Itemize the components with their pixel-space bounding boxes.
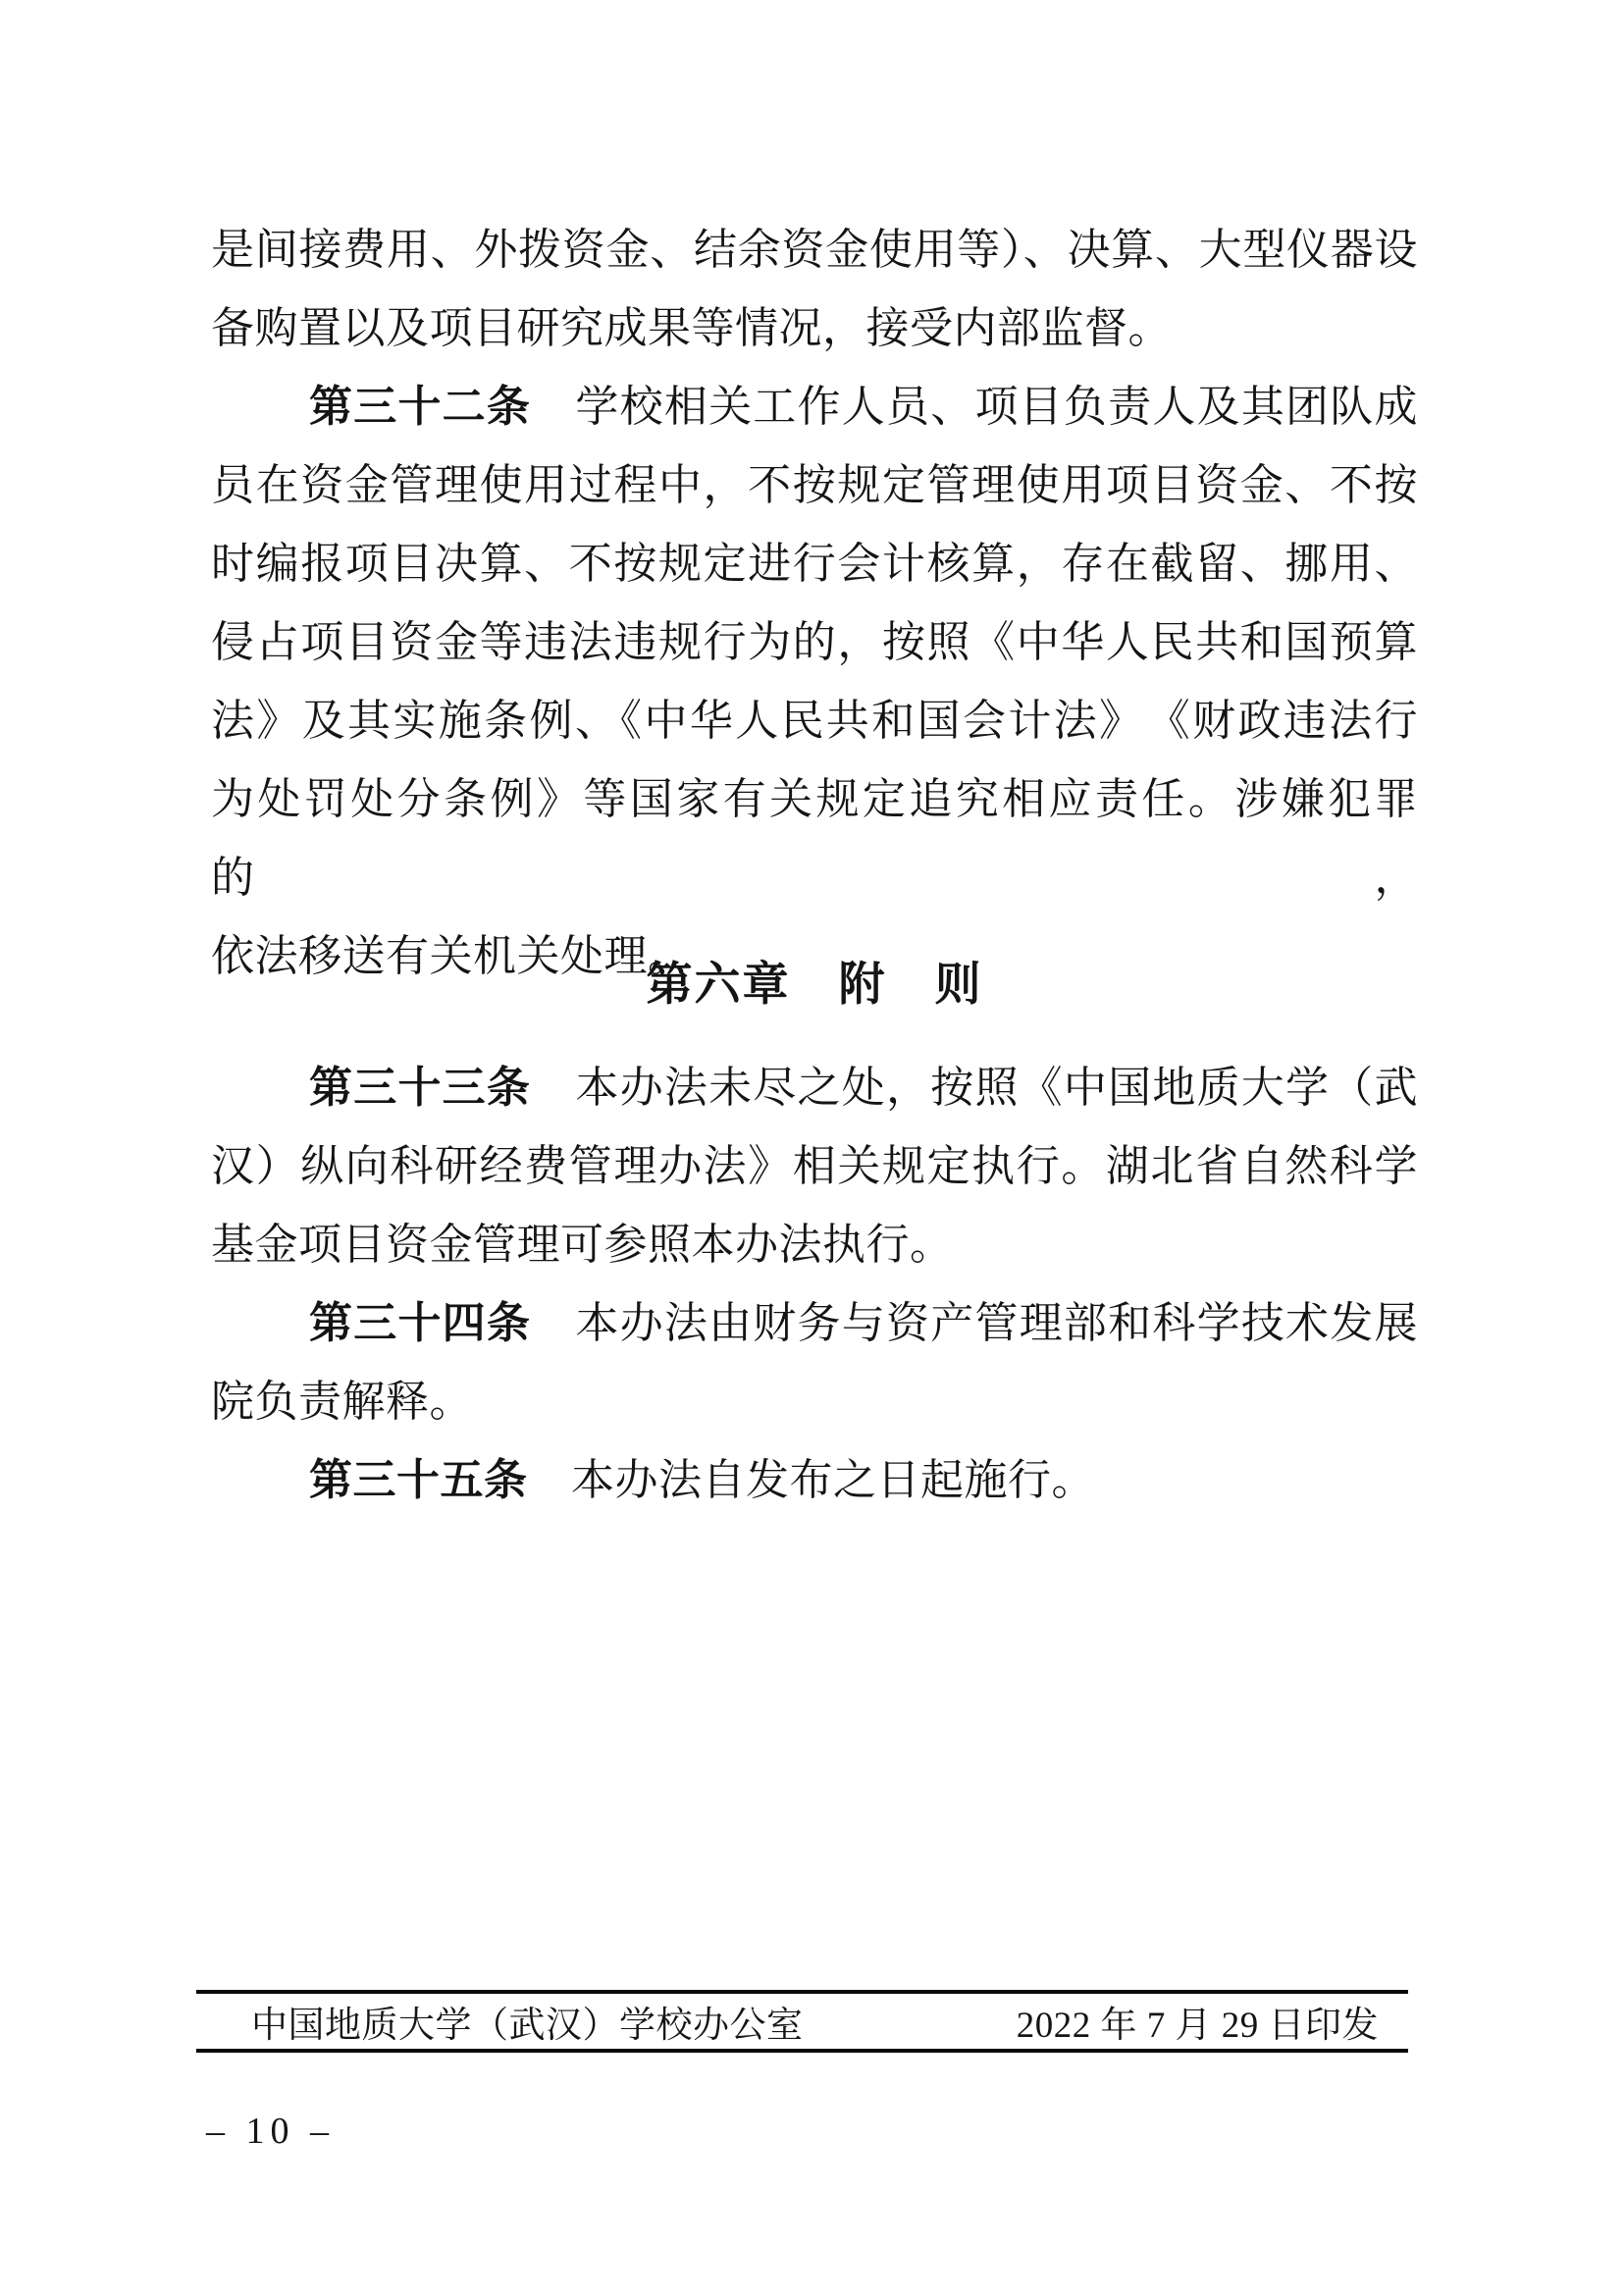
body-line: 时编报项目决算、不按规定进行会计核算，存在截留、挪用、 [211, 525, 1418, 603]
body-line: 备购置以及项目研究成果等情况，接受内部监督。 [211, 289, 1418, 368]
issuing-office: 中国地质大学（武汉）学校办公室 [251, 1995, 804, 2048]
page-number: – 10 – [206, 2110, 335, 2153]
body-line: 员在资金管理使用过程中，不按规定管理使用项目资金、不按 [211, 446, 1418, 525]
line-text: 汉）纵向科研经费管理办法》相关规定执行。湖北省自然科学 [211, 1142, 1418, 1190]
body-line: 第三十四条 本办法由财务与资产管理部和科学技术发展 [211, 1284, 1418, 1363]
line-text: 员在资金管理使用过程中，不按规定管理使用项目资金、不按 [211, 461, 1418, 509]
line-text: 为处罚处分条例》等国家有关规定追究相应责任。涉嫌犯罪的， [211, 775, 1418, 902]
document-page: 是间接费用、外拨资金、结余资金使用等）、决算、大型仪器设 备购置以及项目研究成果… [0, 0, 1624, 2296]
article-number-label: 第三十二条 [309, 383, 531, 431]
body-line: 基金项目资金管理可参照本办法执行。 [211, 1206, 1418, 1284]
body-line: 侵占项目资金等违法违规行为的，按照《中华人民共和国预算 [211, 603, 1418, 682]
line-text: 侵占项目资金等违法违规行为的，按照《中华人民共和国预算 [211, 618, 1418, 666]
article-number-label: 第三十三条 [309, 1064, 531, 1112]
line-text: 本办法自发布之日起施行。 [528, 1456, 1096, 1504]
body-line: 第三十二条 学校相关工作人员、项目负责人及其团队成 [211, 368, 1418, 446]
body-line: 法》及其实施条例、《中华人民共和国会计法》 《财政违法行 [211, 682, 1418, 760]
colophon-bar: 中国地质大学（武汉）学校办公室 2022 年 7 月 29 日印发 [196, 1990, 1408, 2053]
line-text: 本办法未尽之处，按照《中国地质大学（武 [531, 1064, 1418, 1112]
body-line: 为处罚处分条例》等国家有关规定追究相应责任。涉嫌犯罪的， [211, 760, 1418, 917]
chapter-heading: 第六章 附 则 [211, 945, 1418, 1023]
line-text: 法》及其实施条例、《中华人民共和国会计法》 《财政违法行 [211, 697, 1418, 745]
line-text: 是间接费用、外拨资金、结余资金使用等）、决算、大型仪器设 [211, 226, 1418, 274]
line-text: 基金项目资金管理可参照本办法执行。 [211, 1221, 954, 1269]
body-text-block-1: 是间接费用、外拨资金、结余资金使用等）、决算、大型仪器设 备购置以及项目研究成果… [211, 211, 1418, 996]
body-line: 第三十五条 本办法自发布之日起施行。 [211, 1441, 1418, 1520]
body-text-block-2: 第三十三条 本办法未尽之处，按照《中国地质大学（武 汉）纵向科研经费管理办法》相… [211, 1049, 1418, 1520]
body-line: 院负责解释。 [211, 1363, 1418, 1441]
line-text: 学校相关工作人员、项目负责人及其团队成 [531, 383, 1418, 431]
body-line: 是间接费用、外拨资金、结余资金使用等）、决算、大型仪器设 [211, 211, 1418, 289]
article-number-label: 第三十五条 [309, 1456, 528, 1504]
body-line: 第三十三条 本办法未尽之处，按照《中国地质大学（武 [211, 1049, 1418, 1127]
line-text: 院负责解释。 [211, 1378, 473, 1426]
line-text: 备购置以及项目研究成果等情况，接受内部监督。 [211, 304, 1172, 352]
issue-date: 2022 年 7 月 29 日印发 [1017, 1995, 1379, 2048]
line-text: 时编报项目决算、不按规定进行会计核算，存在截留、挪用、 [211, 540, 1418, 588]
article-number-label: 第三十四条 [309, 1299, 531, 1347]
body-line: 汉）纵向科研经费管理办法》相关规定执行。湖北省自然科学 [211, 1127, 1418, 1206]
line-text: 本办法由财务与资产管理部和科学技术发展 [531, 1299, 1418, 1347]
